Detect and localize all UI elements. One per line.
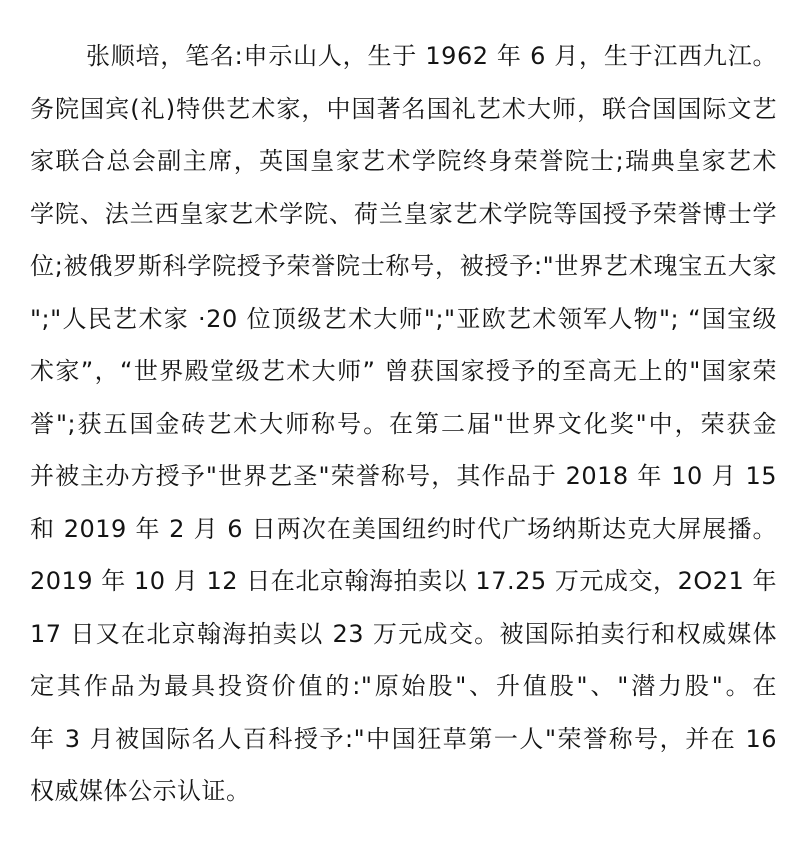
- text-line: 家联合总会副主席，英国皇家艺术学院终身荣誉院士;瑞典皇家艺术: [30, 135, 777, 188]
- document-page: 张顺培，笔名:申示山人，生于 1962 年 6 月，生于江西九江。国 务院国宾(…: [0, 0, 809, 858]
- text-line: 誉";获五国金砖艺术大师称号。在第二届"世界文化奖"中，荣获金奖，: [30, 398, 777, 451]
- text-line: 学院、法兰西皇家艺术学院、荷兰皇家艺术学院等国授予荣誉博士学: [30, 188, 777, 241]
- page-background: { "document": { "type": "chinese-biograp…: [0, 0, 809, 858]
- text-line: 定其作品为最具投资价值的:"原始股"、升值股"、"潜力股"。在 2021: [30, 660, 777, 713]
- text-line: 位;被俄罗斯科学院授予荣誉院士称号，被授予:"世界艺术瑰宝五大家: [30, 240, 777, 293]
- text-line: 张顺培，笔名:申示山人，生于 1962 年 6 月，生于江西九江。国: [30, 30, 777, 83]
- text-line: 和 2019 年 2 月 6 日两次在美国纽约时代广场纳斯达克大屏展播。: [30, 503, 777, 556]
- text-line: 务院国宾(礼)特供艺术家，中国著名国礼艺术大师，联合国国际文艺: [30, 83, 777, 136]
- text-line: ";"人民艺术家 ·20 位顶级艺术大师";"亚欧艺术领军人物"; “国宝级艺: [30, 293, 777, 346]
- text-line: 年 3 月被国际名人百科授予:"中国狂草第一人"荣誉称号，并在 16 家: [30, 713, 777, 766]
- text-line: 并被主办方授予"世界艺圣"荣誉称号，其作品于 2018 年 10 月 15 日: [30, 450, 777, 503]
- text-line: 17 日又在北京翰海拍卖以 23 万元成交。被国际拍卖行和权威媒体评: [30, 608, 777, 661]
- text-line: 2019 年 10 月 12 日在北京翰海拍卖以 17.25 万元成交，2O21…: [30, 555, 777, 608]
- text-line: 术家”，“世界殿堂级艺术大师” 曾获国家授予的至高无上的"国家荣: [30, 345, 777, 398]
- text-line: 权威媒体公示认证。: [30, 765, 777, 818]
